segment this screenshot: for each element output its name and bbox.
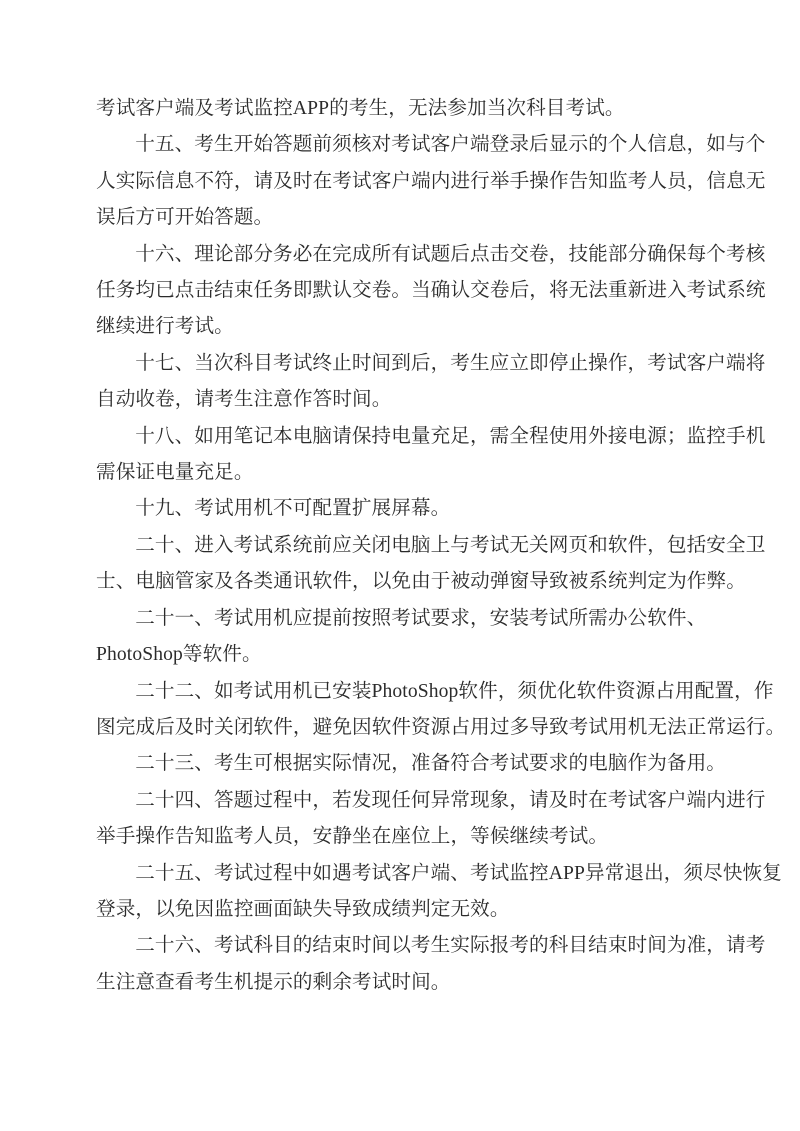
exam-instructions-text: 考试客户端及考试监控APP的考生，无法参加当次科目考试。十五、考生开始答题前须核… (96, 91, 796, 1001)
paragraph-item-23: 二十三、考生可根据实际情况，准备符合考试要求的电脑作为备用。 (96, 746, 796, 782)
paragraph-item-18: 十八、如用笔记本电脑请保持电量充足，需全程使用外接电源；监控手机 需保证电量充足… (96, 419, 796, 492)
paragraph-item-16: 十六、理论部分务必在完成所有试题后点击交卷，技能部分确保每个考核 任务均已点击结… (96, 237, 796, 346)
document-page: 考试客户端及考试监控APP的考生，无法参加当次科目考试。十五、考生开始答题前须核… (0, 0, 800, 1131)
paragraph-item-26: 二十六、考试科目的结束时间以考生实际报考的科目结束时间为准，请考 生注意查看考生… (96, 928, 796, 1001)
paragraph-item-21: 二十一、考试用机应提前按照考试要求，安装考试所需办公软件、 PhotoShop等… (96, 601, 796, 674)
paragraph-item-25: 二十五、考试过程中如遇考试客户端、考试监控APP异常退出，须尽快恢复 登录，以免… (96, 856, 796, 929)
paragraph-item-19: 十九、考试用机不可配置扩展屏幕。 (96, 491, 796, 527)
paragraph-item-24: 二十四、答题过程中，若发现任何异常现象，请及时在考试客户端内进行 举手操作告知监… (96, 783, 796, 856)
paragraph-item-20: 二十、进入考试系统前应关闭电脑上与考试无关网页和软件，包括安全卫 士、电脑管家及… (96, 528, 796, 601)
paragraph-item-22: 二十二、如考试用机已安装PhotoShop软件，须优化软件资源占用配置，作 图完… (96, 674, 796, 747)
paragraph-item-17: 十七、当次科目考试终止时间到后，考生应立即停止操作，考试客户端将 自动收卷，请考… (96, 346, 796, 419)
paragraph-item-15: 十五、考生开始答题前须核对考试客户端登录后显示的个人信息，如与个 人实际信息不符… (96, 127, 796, 236)
paragraph-continued: 考试客户端及考试监控APP的考生，无法参加当次科目考试。 (96, 91, 796, 127)
